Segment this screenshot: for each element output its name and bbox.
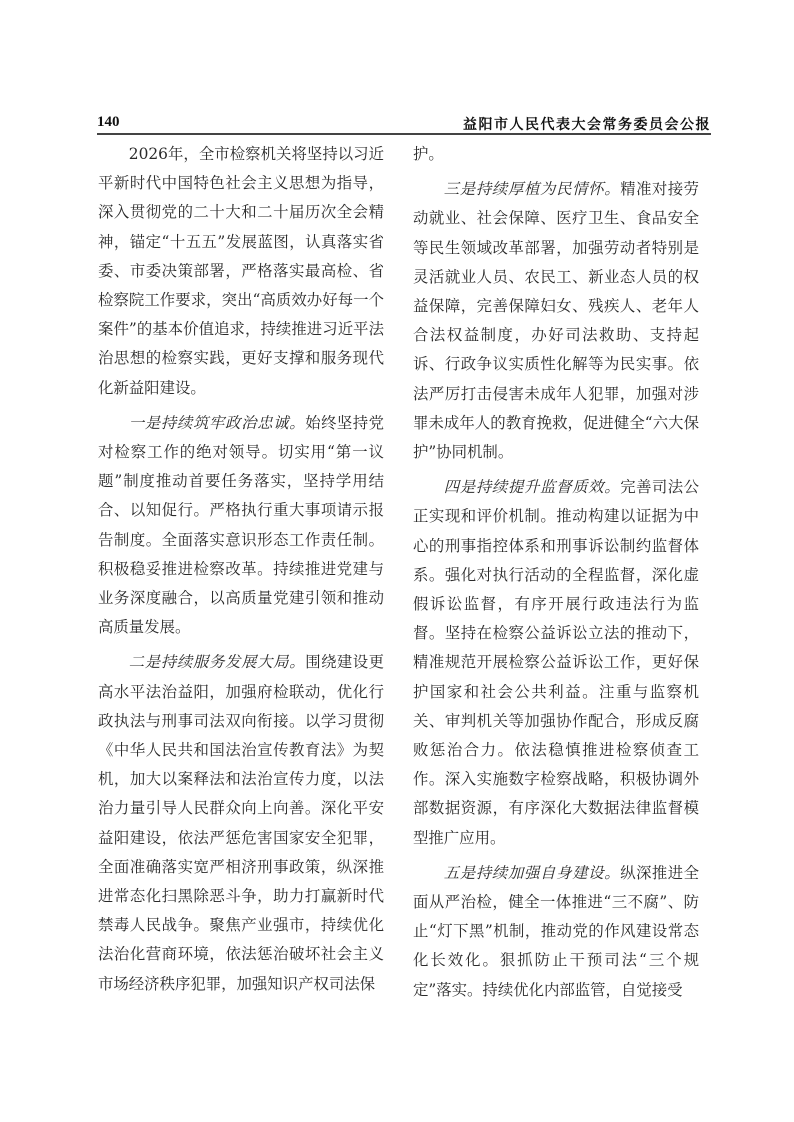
right-column: 护。 三是持续厚植为民情怀。精准对接劳动就业、社会保障、医疗卫生、食品安全等民生… — [413, 140, 699, 1005]
section-body: 始终坚持党对检察工作的绝对领导。切实用“第一议题”制度推动首要任务落实，坚持学用… — [98, 414, 384, 636]
section-lead: 二是持续服务发展大局。 — [129, 653, 305, 671]
section-lead: 三是持续厚植为民情怀。 — [444, 180, 620, 198]
section-paragraph: 三是持续厚植为民情怀。精准对接劳动就业、社会保障、医疗卫生、食品安全等民生领域改… — [413, 175, 699, 467]
page-number: 140 — [97, 114, 120, 131]
section-body: 纵深推进全面从严治检，健全一体推进“三不腐”、防止“灯下黑”机制，推动党的作风建… — [413, 864, 699, 999]
continuation-text: 护。 — [413, 140, 699, 169]
left-column: 2026年，全市检察机关将坚持以习近平新时代中国特色社会主义思想为指导，深入贯彻… — [98, 140, 384, 999]
journal-title: 益阳市人民代表大会常务委员会公报 — [463, 114, 711, 134]
section-lead: 五是持续加强自身建设。 — [444, 864, 620, 882]
section-lead: 四是持续提升监督质效。 — [444, 478, 620, 496]
intro-paragraph: 2026年，全市检察机关将坚持以习近平新时代中国特色社会主义思想为指导，深入贯彻… — [98, 140, 384, 403]
section-paragraph: 四是持续提升监督质效。完善司法公正实现和评价机制。推动构建以证据为中心的刑事指控… — [413, 473, 699, 853]
section-body: 围绕建设更高水平法治益阳，加强府检联动，优化行政执法与刑事司法双向衔接。以学习贯… — [98, 653, 384, 992]
section-body: 完善司法公正实现和评价机制。推动构建以证据为中心的刑事指控体系和刑事诉讼制约监督… — [413, 478, 699, 846]
section-body: 精准对接劳动就业、社会保障、医疗卫生、食品安全等民生领域改革部署，加强劳动者特别… — [413, 180, 699, 461]
section-paragraph: 五是持续加强自身建设。纵深推进全面从严治检，健全一体推进“三不腐”、防止“灯下黑… — [413, 859, 699, 1005]
section-lead: 一是持续筑牢政治忠诚。 — [129, 414, 305, 432]
section-paragraph: 二是持续服务发展大局。围绕建设更高水平法治益阳，加强府检联动，优化行政执法与刑事… — [98, 648, 384, 998]
section-paragraph: 一是持续筑牢政治忠诚。始终坚持党对检察工作的绝对领导。切实用“第一议题”制度推动… — [98, 409, 384, 643]
header-rule — [97, 133, 711, 135]
page-header: 140 益阳市人民代表大会常务委员会公报 — [97, 112, 711, 134]
